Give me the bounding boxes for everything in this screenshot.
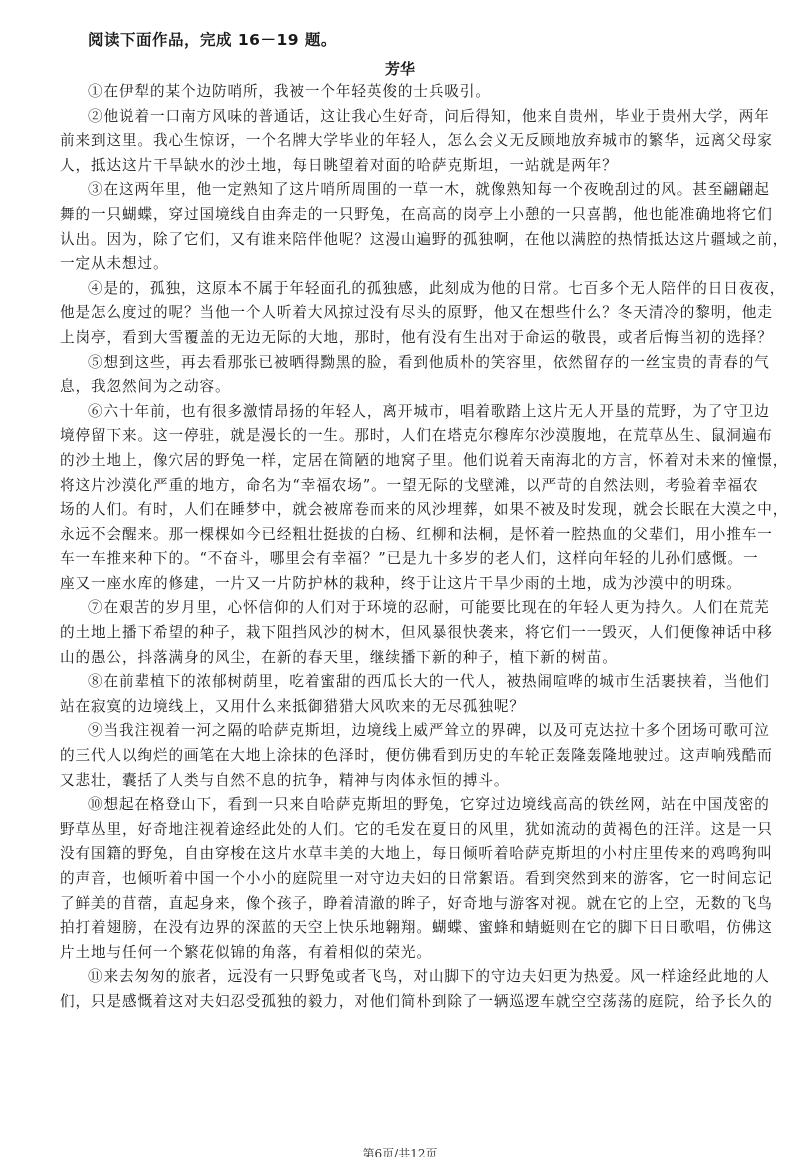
paragraph-line: 的声音，也倾听着中国一个小小的庭院里一对守边夫妇的日常絮语。看到突然到来的游客，…: [60, 867, 738, 892]
paragraph-line: 山的愚公，抖落满身的风尘，在新的春天里，继续播下新的种子，植下新的树苗。: [60, 646, 738, 671]
paragraph-line: 息，我忽然间为之动容。: [60, 375, 738, 400]
paragraph-7: ⑦在艰苦的岁月里，心怀信仰的人们对于环境的忍耐，可能要比现在的年轻人更为持久。人…: [88, 596, 738, 670]
paragraph-1: ①在伊犁的某个边防哨所，我被一个年轻英俊的士兵吸引。: [88, 80, 738, 105]
paragraph-line: 场的人们。有时，人们在睡梦中，就会被席卷而来的风沙埋葬，如果不被及时发现，就会长…: [60, 498, 738, 523]
paragraph-line: ⑨当我注视着一河之隔的哈萨克斯坦，边境线上威严耸立的界碑，以及可克达拉十多个团场…: [88, 719, 738, 744]
paragraph-line: ⑪来去匆匆的旅者，远没有一只野兔或者飞鸟，对山脚下的守边夫妇更为热爱。风一样途经…: [88, 965, 738, 990]
paragraph-line: 一定从未想过。: [60, 252, 738, 277]
article-title: 芳华: [0, 58, 800, 79]
paragraph-line: ⑥六十年前，也有很多激情昂扬的年轻人，离开城市，唱着歌踏上这片无人开垦的荒野，为…: [88, 400, 738, 425]
paragraph-line: 的沙土地上，像穴居的野兔一样，定居在简陋的地窝子里。他们说着天南海北的方言，怀着…: [60, 449, 738, 474]
paragraph-line: 拍打着翅膀，在没有边界的深蓝的天空上快乐地翱翔。蝴蝶、蜜蜂和蜻蜓则在它的脚下日日…: [60, 916, 738, 941]
paragraph-line: 的三代人以绚烂的画笔在大地上涂抹的色泽时，便仿佛看到历史的车轮正轰隆轰隆地驶过。…: [60, 744, 738, 769]
paragraph-9: ⑨当我注视着一河之隔的哈萨克斯坦，边境线上威严耸立的界碑，以及可克达拉十多个团场…: [88, 719, 738, 793]
paragraph-line: ②他说着一口南方风味的普通话，这让我心生好奇，问后得知，他来自贵州，毕业于贵州大…: [88, 105, 738, 130]
paragraph-line: ①在伊犁的某个边防哨所，我被一个年轻英俊的士兵吸引。: [88, 80, 738, 105]
exam-page: 阅读下面作品，完成 16－19 题。 芳华 ①在伊犁的某个边防哨所，我被一个年轻…: [0, 0, 800, 1157]
paragraph-line: 片土地与任何一个繁花似锦的角落，有着相似的荣光。: [60, 941, 738, 966]
paragraph-line: 永远不会醒来。那一棵棵如今已经粗壮挺拔的白杨、红柳和法桐，是怀着一腔热血的父辈们…: [60, 523, 738, 548]
paragraph-10: ⑩想起在格登山下，看到一只来自哈萨克斯坦的野兔，它穿过边境线高高的铁丝网，站在中…: [88, 793, 738, 965]
paragraph-line: 的土地上播下希望的种子，栽下阻挡风沙的树木，但风暴很快袭来，将它们一一毁灭，人们…: [60, 621, 738, 646]
paragraph-line: ⑧在前辈植下的浓郁树荫里，吃着蜜甜的西瓜长大的一代人，被热闹喧哗的城市生活裹挟着…: [88, 670, 738, 695]
paragraph-line: 他是怎么度过的呢？当他一个人听着大风掠过没有尽头的原野，他又在想些什么？冬天清冷…: [60, 301, 738, 326]
article-body: ①在伊犁的某个边防哨所，我被一个年轻英俊的士兵吸引。②他说着一口南方风味的普通话…: [88, 80, 738, 1015]
paragraph-11: ⑪来去匆匆的旅者，远没有一只野兔或者飞鸟，对山脚下的守边夫妇更为热爱。风一样途经…: [88, 965, 738, 1014]
paragraph-line: ④是的，孤独，这原本不属于年轻面孔的孤独感，此刻成为他的日常。七百多个无人陪伴的…: [88, 277, 738, 302]
paragraph-line: 将这片沙漠化严重的地方，命名为“幸福农场”。一望无际的戈壁滩，以严苛的自然法则，…: [60, 474, 738, 499]
paragraph-line: 人，抵达这片干旱缺水的沙土地，每日眺望着对面的哈萨克斯坦，一站就是两年？: [60, 154, 738, 179]
paragraph-line: ⑦在艰苦的岁月里，心怀信仰的人们对于环境的忍耐，可能要比现在的年轻人更为持久。人…: [88, 596, 738, 621]
paragraph-line: ⑩想起在格登山下，看到一只来自哈萨克斯坦的野兔，它穿过边境线高高的铁丝网，站在中…: [88, 793, 738, 818]
paragraph-8: ⑧在前辈植下的浓郁树荫里，吃着蜜甜的西瓜长大的一代人，被热闹喧哗的城市生活裹挟着…: [88, 670, 738, 719]
paragraph-line: 车一车推来种下的。“不奋斗，哪里会有幸福？”已是九十多岁的老人们，这样向年轻的儿…: [60, 547, 738, 572]
paragraph-6: ⑥六十年前，也有很多激情昂扬的年轻人，离开城市，唱着歌踏上这片无人开垦的荒野，为…: [88, 400, 738, 597]
reading-instruction: 阅读下面作品，完成 16－19 题。: [88, 28, 337, 50]
paragraph-line: 境停留下来。这一停驻，就是漫长的一生。那时，人们在塔克尔穆库尔沙漠腹地，在荒草丛…: [60, 424, 738, 449]
page-number: 第6页/共12页: [0, 1145, 800, 1157]
paragraph-line: 野草丛里，好奇地注视着途经此处的人们。它的毛发在夏日的风里，犹如流动的黄褐色的汪…: [60, 818, 738, 843]
paragraph-line: ③在这两年里，他一定熟知了这片哨所周围的一草一木，就像熟知每一个夜晚刮过的风。甚…: [88, 178, 738, 203]
paragraph-line: 舞的一只蝴蝶，穿过国境线自由奔走的一只野兔，在高高的岗亭上小憩的一只喜鹊，他也能…: [60, 203, 738, 228]
paragraph-line: 们，只是感慨着这对夫妇忍受孤独的毅力，对他们简朴到除了一辆巡逻车就空空荡荡的庭院…: [60, 990, 738, 1015]
paragraph-2: ②他说着一口南方风味的普通话，这让我心生好奇，问后得知，他来自贵州，毕业于贵州大…: [88, 105, 738, 179]
paragraph-line: 了鲜美的苜蓿，直起身来，像个孩子，睁着清澈的眸子，好奇地与游客对视。就在它的上空…: [60, 892, 738, 917]
paragraph-line: 上岗亭，看到大雪覆盖的无边无际的大地，那时，他有没有生出对于命运的敬畏，或者后悔…: [60, 326, 738, 351]
paragraph-line: 前来到这里。我心生惊讶，一个名牌大学毕业的年轻人，怎么会义无反顾地放弃城市的繁华…: [60, 129, 738, 154]
paragraph-4: ④是的，孤独，这原本不属于年轻面孔的孤独感，此刻成为他的日常。七百多个无人陪伴的…: [88, 277, 738, 351]
paragraph-5: ⑤想到这些，再去看那张已被晒得黝黑的脸，看到他质朴的笑容里，依然留存的一丝宝贵的…: [88, 351, 738, 400]
paragraph-line: 没有国籍的野兔，自由穿梭在这片水草丰美的大地上，每日倾听着哈萨克斯坦的小村庄里传…: [60, 842, 738, 867]
paragraph-line: 站在寂寞的边境线上，又用什么来抵御猎猎大风吹来的无尽孤独呢？: [60, 695, 738, 720]
paragraph-line: 座又一座水库的修建，一片又一片防护林的栽种，终于让这片干旱少雨的土地，成为沙漠中…: [60, 572, 738, 597]
paragraph-line: 认出。因为，除了它们，又有谁来陪伴他呢？这漫山遍野的孤独啊，在他以满腔的热情抵达…: [60, 228, 738, 253]
paragraph-line: ⑤想到这些，再去看那张已被晒得黝黑的脸，看到他质朴的笑容里，依然留存的一丝宝贵的…: [88, 351, 738, 376]
paragraph-line: 又悲壮，囊括了人类与自然不息的抗争，精神与肉体永恒的搏斗。: [60, 769, 738, 794]
paragraph-3: ③在这两年里，他一定熟知了这片哨所周围的一草一木，就像熟知每一个夜晚刮过的风。甚…: [88, 178, 738, 276]
